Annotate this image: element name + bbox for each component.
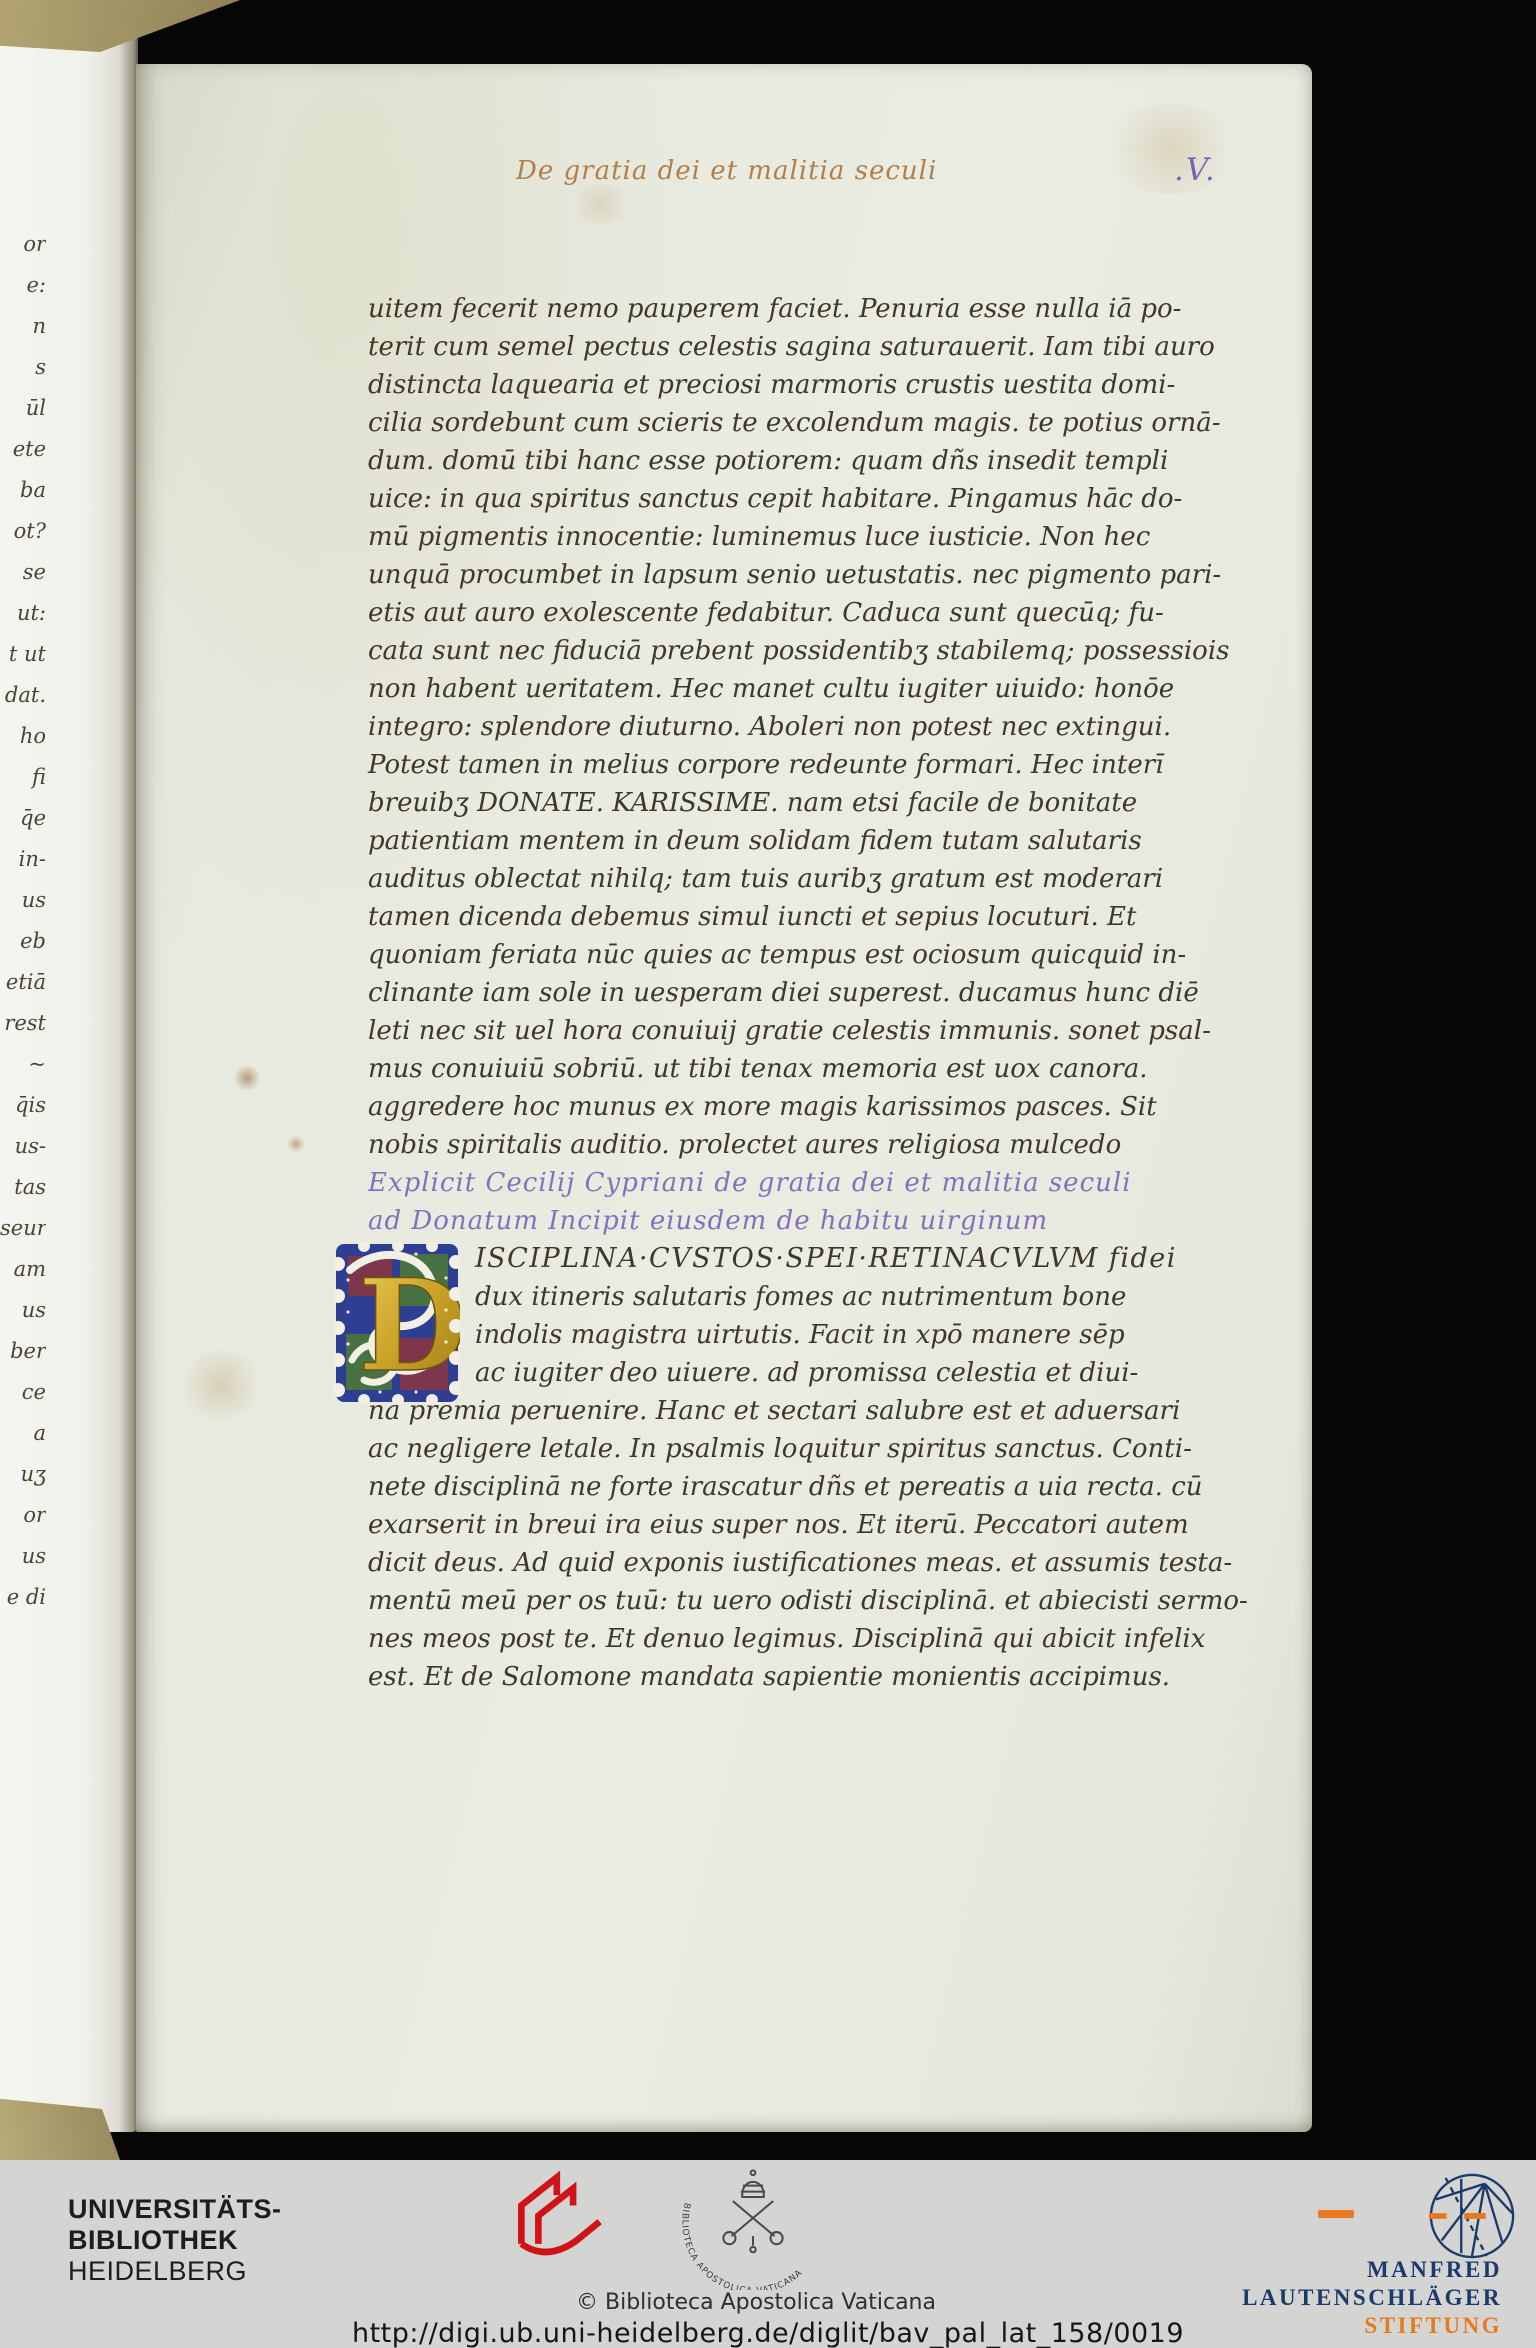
text-line: mentū meū per os tuū: tu uero odisti dis… — [368, 1582, 1184, 1620]
vatican-library-emblem: BIBLIOTECA APOSTOLICA VATICANA — [628, 2162, 878, 2294]
text-line: breuibʒ DONATE. KARISSIME. nam etsi faci… — [368, 784, 1184, 822]
margin-fragment: ut: — [0, 593, 46, 634]
text-line: integro: splendore diuturno. Aboleri non… — [368, 708, 1184, 746]
text-line: dum. domū tibi hanc esse potiorem: quam … — [368, 442, 1184, 480]
text-line: non habent ueritatem. Hec manet cultu iu… — [368, 670, 1184, 708]
text-line: nes meos post te. Et denuo legimus. Disc… — [368, 1620, 1184, 1658]
margin-fragment: dat. — [0, 675, 46, 716]
text-line: Potest tamen in melius corpore redeunte … — [368, 746, 1184, 784]
text-line: mū pigmentis innocentie: luminemus luce … — [368, 518, 1184, 556]
text-line: cata sunt nec fiduciā prebent possidenti… — [368, 632, 1184, 670]
svg-text:D: D — [358, 1252, 460, 1400]
margin-fragment: uʒ — [0, 1454, 46, 1495]
text-line: tamen dicenda debemus simul iuncti et se… — [368, 898, 1184, 936]
margin-fragment: q̄e — [0, 798, 46, 839]
margin-fragment: t ut — [0, 634, 46, 675]
parchment-stain — [566, 184, 636, 224]
manuscript-text-block: uitem fecerit nemo pauperem faciet. Penu… — [368, 290, 1184, 1696]
manuscript-page: De gratia dei et malitia seculi .V. uite… — [136, 64, 1312, 2132]
vatican-copyright: © Biblioteca Apostolica Vaticana — [396, 2290, 1116, 2315]
margin-fragment: eb — [0, 921, 46, 962]
margin-fragment: ete — [0, 429, 46, 470]
ub-heidelberg-wordmark: UNIVERSITÄTS- BIBLIOTHEK HEIDELBERG — [68, 2194, 282, 2287]
margin-fragment: n — [0, 306, 46, 347]
margin-fragment: seur — [0, 1208, 46, 1249]
ub-line3: HEIDELBERG — [68, 2256, 282, 2287]
text-line: ac iugiter deo uiuere. ad promissa celes… — [368, 1354, 1184, 1392]
illuminated-initial-d: D — [334, 1242, 460, 1404]
text-line: nete disciplinā ne forte irascatur dñs e… — [368, 1468, 1184, 1506]
parchment-stain — [232, 1066, 262, 1090]
text-line: unquā procumbet in lapsum senio uetustat… — [368, 556, 1184, 594]
text-line: distincta laquearia et preciosi marmoris… — [368, 366, 1184, 404]
text-line: nobis spiritalis auditio. prolectet aure… — [368, 1126, 1184, 1164]
margin-fragment: e di — [0, 1577, 46, 1618]
text-line: est. Et de Salomone mandata sapientie mo… — [368, 1658, 1184, 1696]
mls-line1: MANFRED — [1242, 2256, 1502, 2284]
margin-fragment: rest — [0, 1003, 46, 1044]
margin-fragment: ūl — [0, 388, 46, 429]
text-line: exarserit in breui ira eius super nos. E… — [368, 1506, 1184, 1544]
folio-number: .V. — [1174, 152, 1217, 188]
mls-line2: LAUTENSCHLÄGER — [1242, 2284, 1502, 2312]
parchment-stain — [286, 1136, 306, 1152]
vatican-arc-text: BIBLIOTECA APOSTOLICA VATICANA — [679, 2202, 805, 2290]
text-line: leti nec sit uel hora conuiuij gratie ce… — [368, 1012, 1184, 1050]
margin-fragment: q̄is — [0, 1085, 46, 1126]
mls-orange-dash — [1318, 2210, 1354, 2218]
margin-fragment: ~ — [0, 1044, 46, 1085]
text-line: ISCIPLINA·CVSTOS·SPEI·RETINACVLVM fidei — [368, 1240, 1184, 1278]
parchment-stain — [176, 1350, 266, 1420]
margin-fragment: us- — [0, 1126, 46, 1167]
text-line: quoniam feriata nūc quies ac tempus est … — [368, 936, 1184, 974]
margin-fragment: in- — [0, 839, 46, 880]
text-line: auditus oblectat nihilq; tam tuis auribʒ… — [368, 860, 1184, 898]
text-line: dicit deus. Ad quid exponis iustificatio… — [368, 1544, 1184, 1582]
mls-globe-icon — [1428, 2172, 1516, 2264]
margin-fragment: ce — [0, 1372, 46, 1413]
margin-fragment: us — [0, 880, 46, 921]
text-line: aggredere hoc munus ex more magis kariss… — [368, 1088, 1184, 1126]
text-line: cilia sordebunt cum scieris te excolendu… — [368, 404, 1184, 442]
text-line: patientiam mentem in deum solidam fidem … — [368, 822, 1184, 860]
ub-line2: BIBLIOTHEK — [68, 2225, 282, 2256]
text-line: indolis magistra uirtutis. Facit in xpō … — [368, 1316, 1184, 1354]
margin-fragment: ot? — [0, 511, 46, 552]
margin-fragment: am — [0, 1249, 46, 1290]
margin-fragment: us — [0, 1536, 46, 1577]
margin-fragment: tas — [0, 1167, 46, 1208]
margin-fragment: ber — [0, 1331, 46, 1372]
margin-fragment: or — [0, 224, 46, 265]
margin-fragment: s — [0, 347, 46, 388]
margin-fragment: ho — [0, 716, 46, 757]
illuminated-initial-art: D — [334, 1242, 460, 1404]
margin-fragment: fi — [0, 757, 46, 798]
text-line: terit cum semel pectus celestis sagina s… — [368, 328, 1184, 366]
text-line: dux itineris salutaris fomes ac nutrimen… — [368, 1278, 1184, 1316]
text-line: mus conuiuiū sobriū. ut tibi tenax memor… — [368, 1050, 1184, 1088]
svg-text:BIBLIOTECA APOSTOLICA VATICANA: BIBLIOTECA APOSTOLICA VATICANA — [679, 2202, 805, 2290]
facing-page-line-fragments: ore:nsūletebaot?seut:t utdat.hofiq̄ein-u… — [0, 224, 46, 1618]
text-line: ac negligere letale. In psalmis loquitur… — [368, 1430, 1184, 1468]
margin-fragment: se — [0, 552, 46, 593]
parchment-stain — [1096, 104, 1246, 194]
ub-heidelberg-logo-icon — [482, 2170, 642, 2270]
margin-fragment: etiā — [0, 962, 46, 1003]
mls-line3: STIFTUNG — [1242, 2312, 1502, 2340]
text-line: Explicit Cecilij Cypriani de gratia dei … — [368, 1164, 1184, 1202]
margin-fragment: e: — [0, 265, 46, 306]
running-title: De gratia dei et malitia seculi — [516, 156, 937, 186]
margin-fragment: us — [0, 1290, 46, 1331]
facing-page-edge: ore:nsūletebaot?seut:t utdat.hofiq̄ein-u… — [0, 26, 138, 2132]
text-line: uice: in qua spiritus sanctus cepit habi… — [368, 480, 1184, 518]
mls-wordmark: MANFRED LAUTENSCHLÄGER STIFTUNG — [1242, 2256, 1502, 2340]
margin-fragment: ba — [0, 470, 46, 511]
text-line: uitem fecerit nemo pauperem faciet. Penu… — [368, 290, 1184, 328]
text-line: na premia peruenire. Hanc et sectari sal… — [368, 1392, 1184, 1430]
ub-line1: UNIVERSITÄTS- — [68, 2194, 282, 2225]
manuscript-photo: ore:nsūletebaot?seut:t utdat.hofiq̄ein-u… — [0, 0, 1536, 2160]
text-line: clinante iam sole in uesperam diei super… — [368, 974, 1184, 1012]
footer-bar: UNIVERSITÄTS- BIBLIOTHEK HEIDELBERG — [0, 2160, 1536, 2348]
text-line: ad Donatum Incipit eiusdem de habitu uir… — [368, 1202, 1184, 1240]
text-line: etis aut auro exolescente fedabitur. Cad… — [368, 594, 1184, 632]
margin-fragment: or — [0, 1495, 46, 1536]
margin-fragment: a — [0, 1413, 46, 1454]
